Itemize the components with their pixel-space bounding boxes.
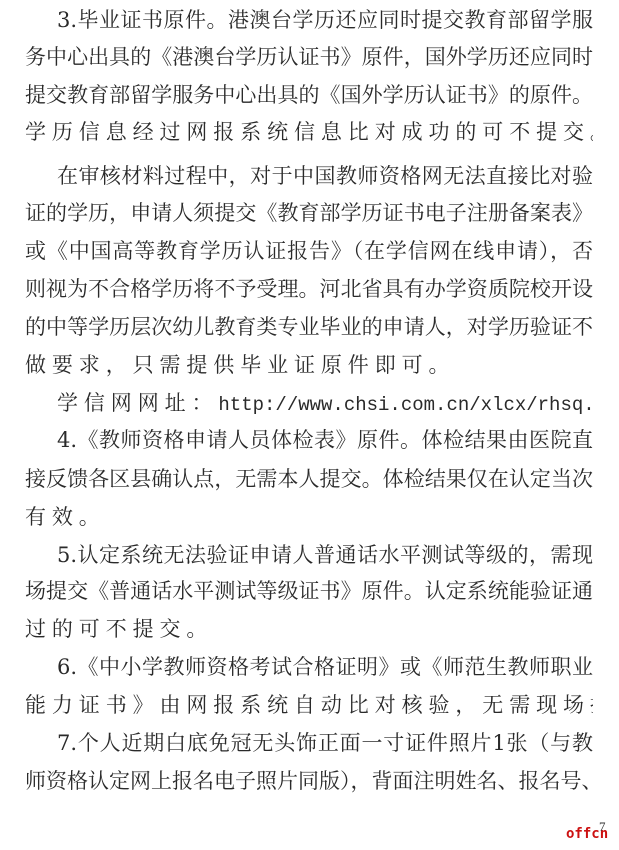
paragraph-7-line-1: 7.个人近期白底免冠无头饰正面一寸证件照片1张（与教 (57, 728, 593, 758)
paragraph-6-line-2: 能力证书》由网报系统自动比对核验，无需现场提交。 (25, 690, 593, 720)
paragraph-3-line-1: 3.毕业证书原件。港澳台学历还应同时提交教育部留学服 (57, 5, 593, 35)
paragraph-4-line-3: 有效。 (25, 502, 593, 532)
paragraph-5-line-3: 过的可不提交。 (25, 614, 593, 644)
chsi-url-line: 学信网网址：http://www.chsi.com.cn/xlcx/rhsq.j… (57, 388, 593, 418)
paragraph-4-line-1: 4.《教师资格申请人员体检表》原件。体检结果由医院直 (57, 425, 593, 455)
review-paragraph-line-2: 证的学历，申请人须提交《教育部学历证书电子注册备案表》 (25, 198, 593, 228)
paragraph-6-line-1: 6.《中小学教师资格考试合格证明》或《师范生教师职业 (57, 652, 593, 682)
page-number: 7 (599, 820, 606, 833)
paragraph-5-line-1: 5.认定系统无法验证申请人普通话水平测试等级的，需现 (57, 540, 593, 570)
review-paragraph-line-5: 的中等学历层次幼儿教育类专业毕业的申请人，对学历验证不 (25, 312, 593, 342)
url-label: 学信网网址： (57, 391, 218, 415)
review-paragraph-line-3: 或《中国高等教育学历认证报告》（在学信网在线申请），否 (25, 236, 593, 266)
paragraph-5-line-2: 场提交《普通话水平测试等级证书》原件。认定系统能验证通 (25, 576, 593, 606)
chsi-url-link[interactable]: http://www.chsi.com.cn/xlcx/rhsq.jsp (218, 394, 593, 416)
paragraph-3-line-4: 学历信息经过网报系统信息比对成功的可不提交。 (25, 117, 593, 147)
review-paragraph-line-6: 做要求，只需提供毕业证原件即可。 (25, 350, 593, 380)
paragraph-4-line-2: 接反馈各区县确认点，无需本人提交。体检结果仅在认定当次 (25, 464, 593, 494)
paragraph-3-line-3: 提交教育部留学服务中心出具的《国外学历认证书》的原件。 (25, 80, 593, 110)
document-page: 3.毕业证书原件。港澳台学历还应同时提交教育部留学服 务中心出具的《港澳台学历认… (0, 0, 619, 850)
review-paragraph-line-4: 则视为不合格学历将不予受理。河北省具有办学资质院校开设 (25, 274, 593, 304)
paragraph-7-line-2: 师资格认定网上报名电子照片同版），背面注明姓名、报名号、 (25, 766, 593, 796)
review-paragraph-line-1: 在审核材料过程中，对于中国教师资格网无法直接比对验 (57, 161, 593, 191)
paragraph-3-line-2: 务中心出具的《港澳台学历认证书》原件，国外学历还应同时 (25, 42, 593, 72)
